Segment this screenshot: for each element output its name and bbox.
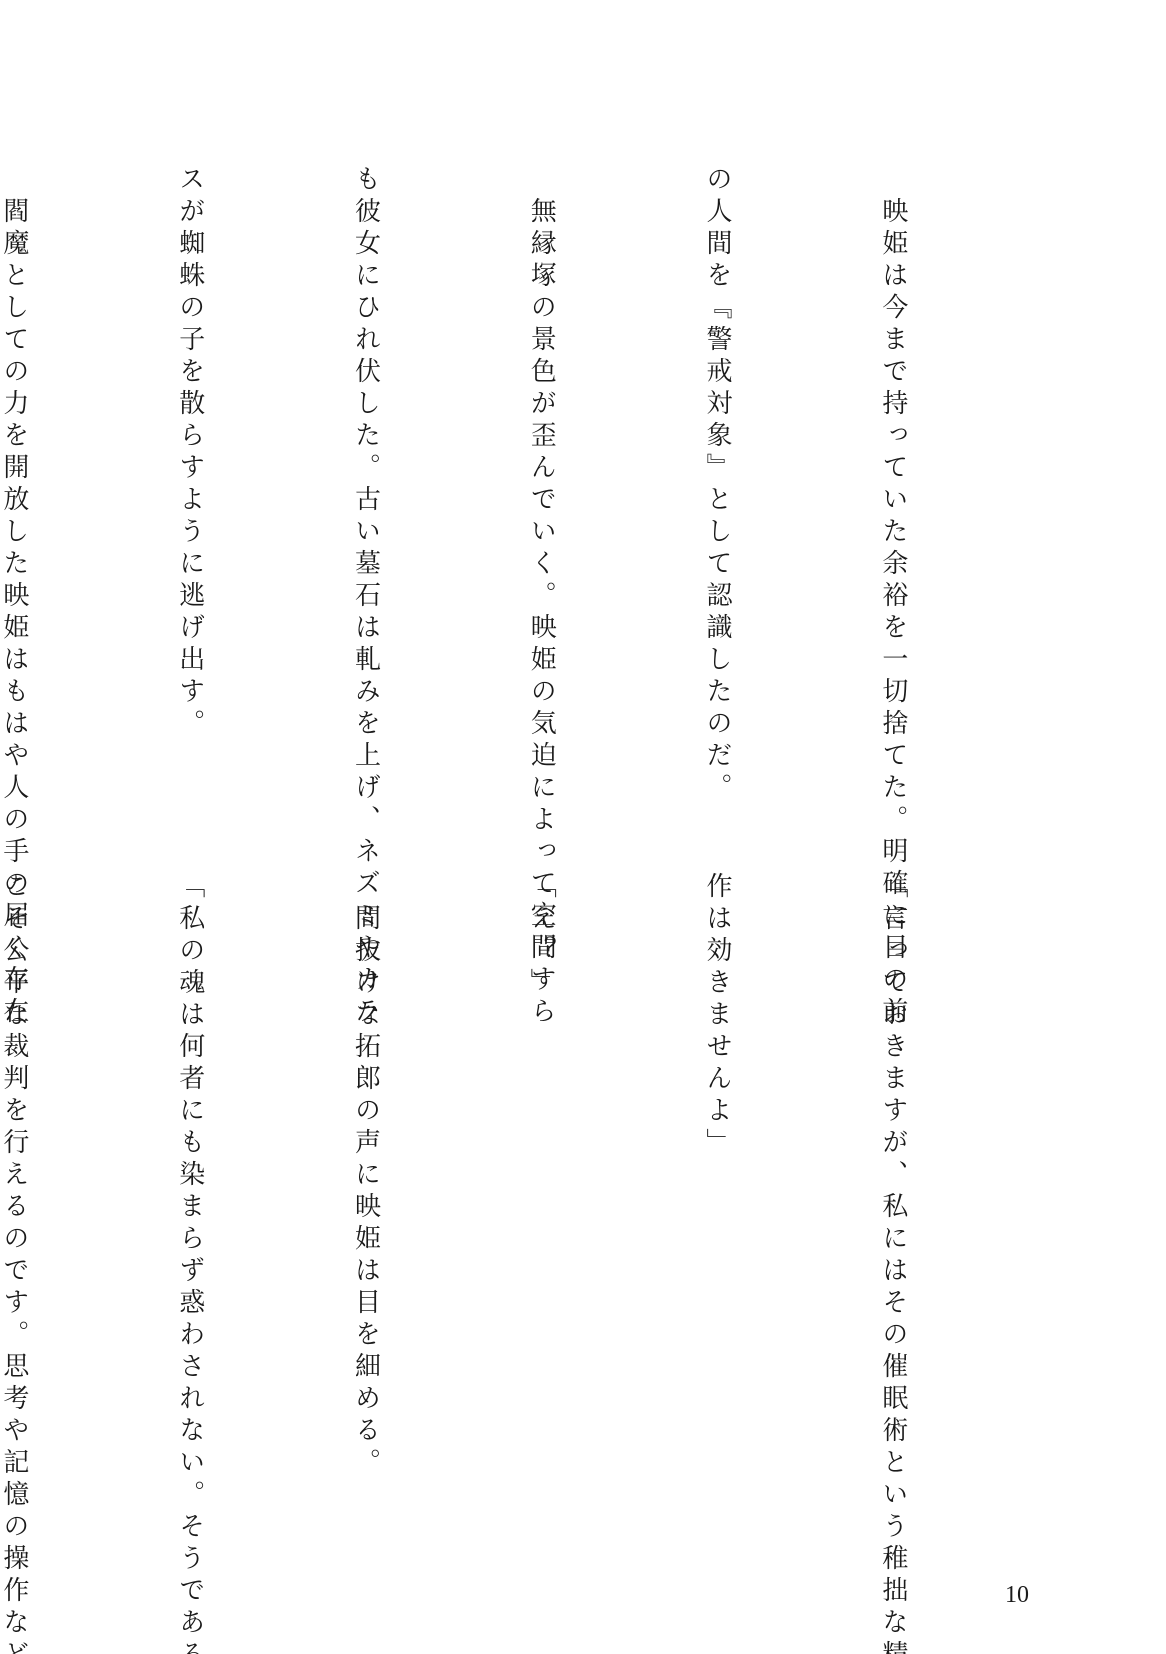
text-block-upper: 映姫は今まで持っていた余裕を一切捨てた。明確に目の前 の人間を『警戒対象』として… [0,165,1039,815]
text-block-lower: 「言っておきますが、私にはその催眠術という稚拙な精神操 作は効きませんよ」 「え… [0,872,1039,1522]
text-line: 作は効きませんよ」 [687,872,746,1522]
text-line: 無縁塚の景色が歪んでいく。映姫の気迫によって空間すら [512,165,571,815]
text-line: こそ公平な裁判を行えるのです。思考や記憶の操作など何の [0,872,43,1522]
text-line: も彼女にひれ伏した。古い墓石は軋みを上げ、ネズミやカラ [336,165,395,815]
text-line: の人間を『警戒対象』として認識したのだ。 [687,165,746,815]
text-line: 間抜けな拓郎の声に映姫は目を細める。 [336,872,395,1522]
text-line: 閻魔としての力を開放した映姫はもはや人の手の届く存在 [0,165,43,815]
document-page: 映姫は今まで持っていた余裕を一切捨てた。明確に目の前 の人間を『警戒対象』として… [0,0,1166,1654]
text-line: 「言っておきますが、私にはその催眠術という稚拙な精神操 [863,872,922,1522]
text-line: 「私の魂は何者にも染まらず惑わされない。そうであるから [160,872,219,1522]
page-number: 10 [1005,1582,1029,1609]
text-line: 映姫は今まで持っていた余裕を一切捨てた。明確に目の前 [863,165,922,815]
text-line: スが蜘蛛の子を散らすように逃げ出す。 [160,165,219,815]
text-line: 「え？」 [512,872,571,1522]
